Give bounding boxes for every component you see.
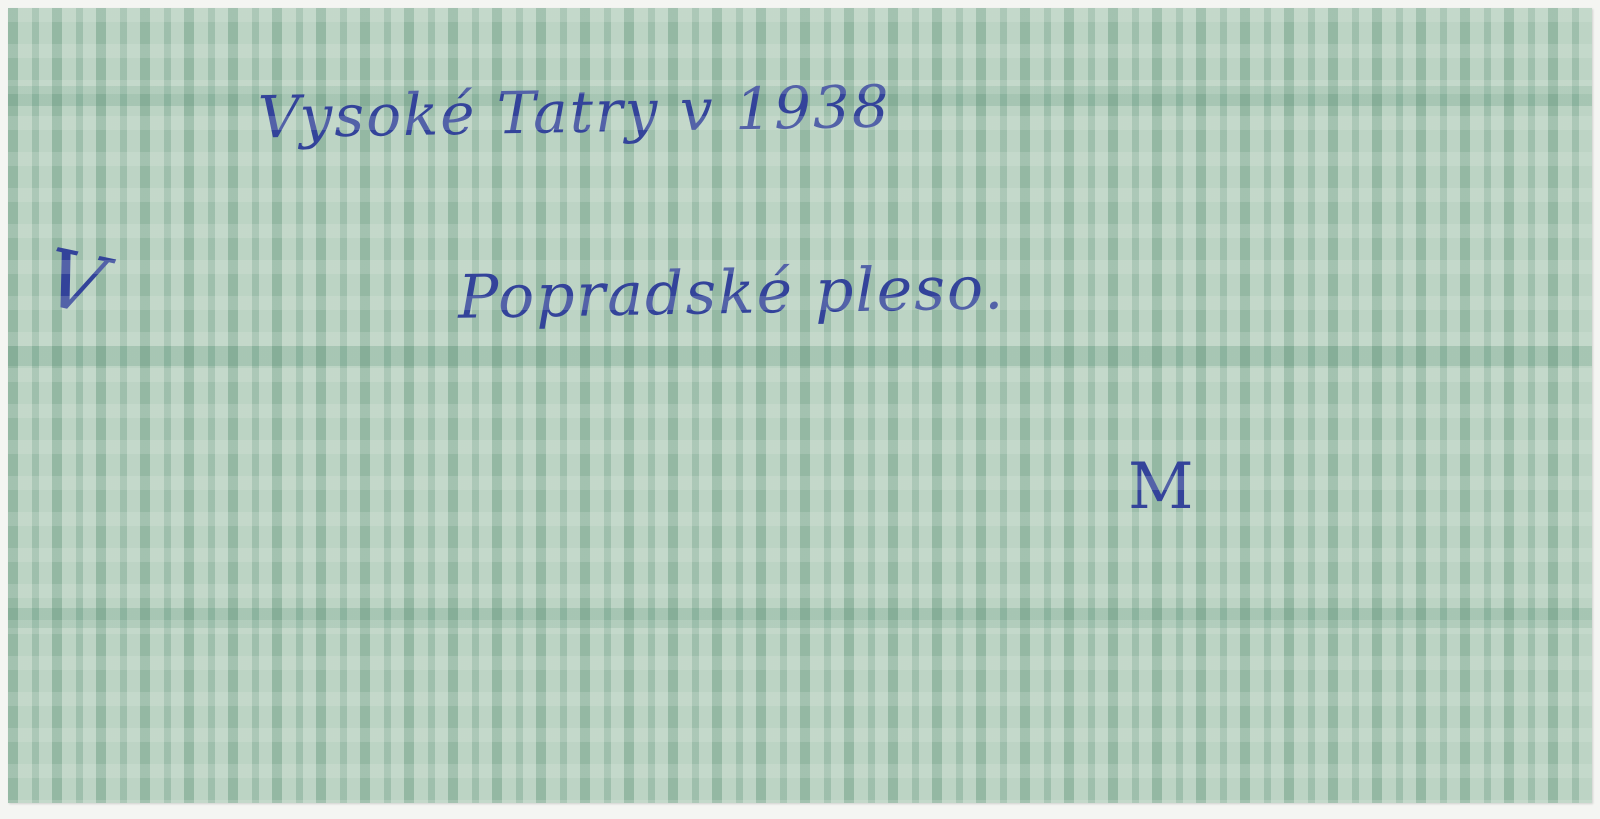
handwritten-check-mark: V	[37, 231, 115, 334]
handwritten-caption: Popradské pleso.	[457, 253, 1005, 333]
photo-card-back: Vysoké Tatry v 1938 Popradské pleso. V M	[8, 8, 1592, 803]
handwritten-initial: M	[1128, 450, 1196, 524]
handwritten-heading: Vysoké Tatry v 1938	[257, 72, 891, 151]
